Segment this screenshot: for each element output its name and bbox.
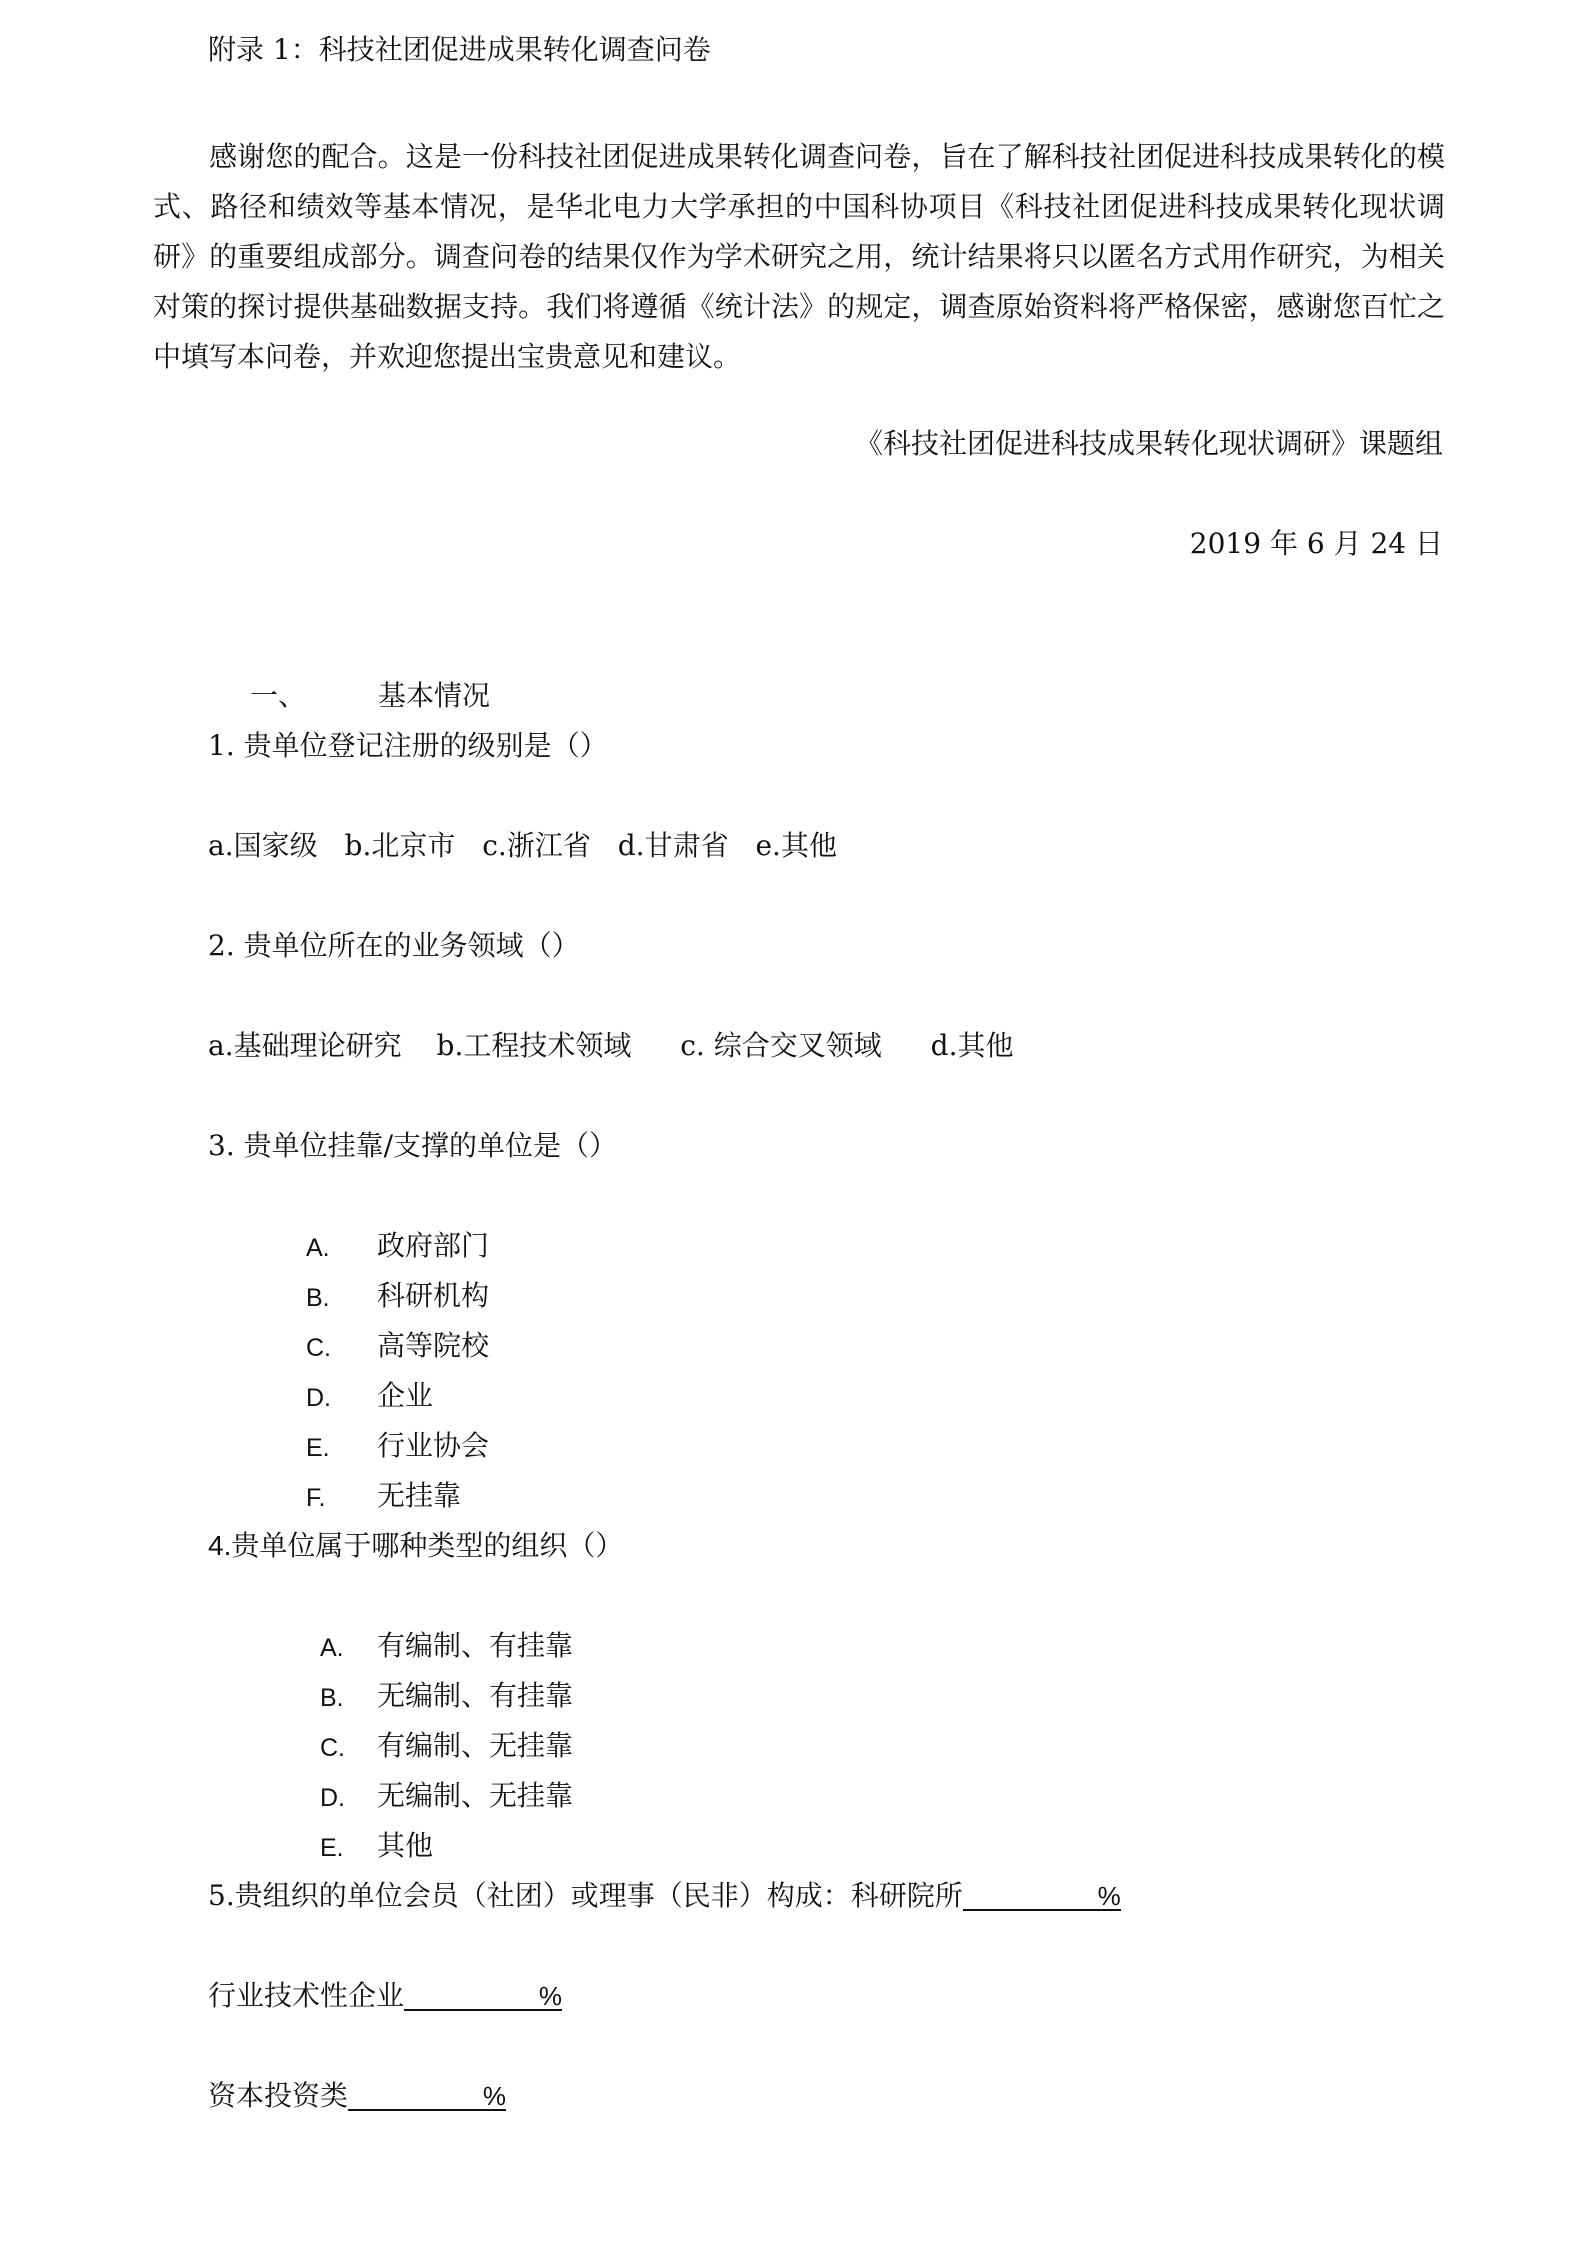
q3-option-f-letter: F. [306,1486,325,1511]
q4-option-a-text: 有编制、有挂靠 [377,1632,573,1660]
intro-text: 感谢您的配合。这是一份科技社团促进成果转化调查问卷，旨在了解科技社团促进科技成果… [153,140,1445,373]
q1-option-e[interactable]: e.其他 [755,829,836,862]
q2-option-b[interactable]: b.工程技术领域 [437,1029,632,1062]
q4-option-c-text: 有编制、无挂靠 [377,1732,573,1760]
q3-option-c-text: 高等院校 [377,1332,489,1360]
q4-option-b-text: 无编制、有挂靠 [377,1682,573,1710]
q3-option-c-letter: C. [306,1336,331,1361]
document-title: 附录 1：科技社团促进成果转化调查问卷 [208,36,711,64]
question-1-label: 1. 贵单位登记注册的级别是（） [208,732,608,760]
q4-option-a-letter: A. [320,1636,344,1661]
section-number: 一、 [250,682,306,710]
question-4-label: 4.贵单位属于哪种类型的组织（） [208,1532,623,1560]
q2-option-c[interactable]: c. 综合交叉领域 [680,1029,881,1062]
industry-enterprise-label: 行业技术性企业 [208,1979,404,2012]
q3-option-b-letter: B. [306,1286,330,1311]
q4-option-d-text: 无编制、无挂靠 [377,1782,573,1810]
intro-paragraph: 感谢您的配合。这是一份科技社团促进成果转化调查问卷，旨在了解科技社团促进科技成果… [153,132,1445,382]
capital-investment-row: 资本投资类% [208,2082,506,2111]
question-5-label: 5.贵组织的单位会员（社团）或理事（民非）构成：科研院所 [208,1879,963,1912]
percent-unit: % [483,2081,506,2111]
q3-option-e-letter: E. [306,1436,330,1461]
q3-option-f-text: 无挂靠 [377,1482,461,1510]
question-2-options: a.基础理论研究 b.工程技术领域 c. 综合交叉领域 d.其他 [208,1032,1031,1060]
q2-option-d[interactable]: d.其他 [931,1029,1014,1062]
q4-option-c-letter: C. [320,1736,345,1761]
capital-investment-percent-field[interactable]: % [348,2083,506,2111]
q2-option-a[interactable]: a.基础理论研究 [208,1029,402,1062]
percent-unit: % [539,1981,562,2011]
q4-option-d-letter: D. [320,1786,345,1811]
document-date: 2019 年 6 月 24 日 [1190,530,1443,558]
question-5-row: 5.贵组织的单位会员（社团）或理事（民非）构成：科研院所% [208,1882,1121,1911]
q4-option-b-letter: B. [320,1686,344,1711]
q1-option-d[interactable]: d.甘肃省 [618,829,729,862]
q3-option-d-letter: D. [306,1386,331,1411]
question-3-label: 3. 贵单位挂靠/支撑的单位是（） [208,1132,617,1160]
q3-option-a-letter: A. [306,1236,330,1261]
q3-option-e-text: 行业协会 [377,1432,489,1460]
capital-investment-label: 资本投资类 [208,2079,348,2112]
q1-option-a[interactable]: a.国家级 [208,829,318,862]
question-2-label: 2. 贵单位所在的业务领域（） [208,932,580,960]
percent-unit: % [1098,1881,1121,1911]
section-title: 基本情况 [378,682,490,710]
signature: 《科技社团促进科技成果转化现状调研》课题组 [855,430,1443,458]
question-1-options: a.国家级 b.北京市 c.浙江省 d.甘肃省 e.其他 [208,832,855,860]
industry-enterprise-percent-field[interactable]: % [404,1983,562,2011]
q3-option-a-text: 政府部门 [377,1232,489,1260]
q3-option-b-text: 科研机构 [377,1282,489,1310]
q4-option-e-text: 其他 [377,1832,433,1860]
industry-enterprise-row: 行业技术性企业% [208,1982,562,2011]
q3-option-d-text: 企业 [377,1382,433,1410]
q1-option-c[interactable]: c.浙江省 [482,829,591,862]
q4-option-e-letter: E. [320,1836,344,1861]
q1-option-b[interactable]: b.北京市 [345,829,456,862]
research-institute-percent-field[interactable]: % [963,1883,1121,1911]
